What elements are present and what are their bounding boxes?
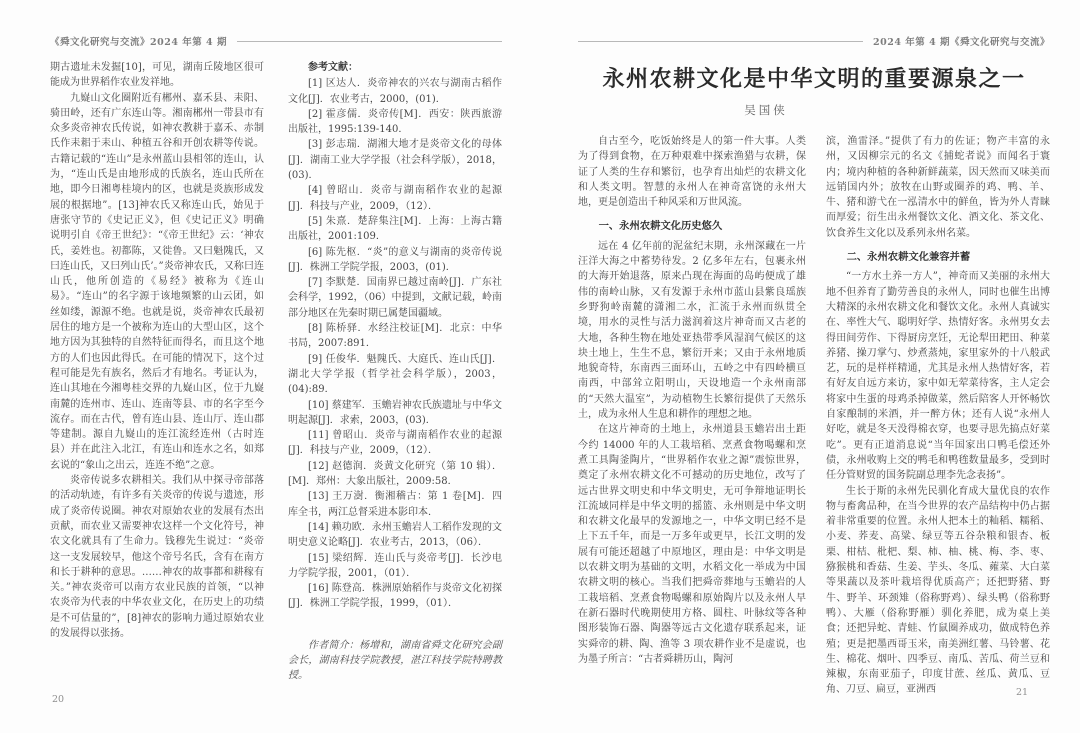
running-head-right-text: 2024 年第 4 期《舜文化研究与交流》 [873,34,1050,48]
reference-item: [6] 陈先枢．“炎”的意义与湖南的炎帝传说[J]．株洲工学院学报，2003，(… [288,245,502,276]
body-paragraph: 九嶷山文化圈附近有郴州、嘉禾县、耒阳、骑田岭，还有广东连山等。湘南郴州一带县市有… [50,91,264,473]
running-head-right-rule [578,41,863,42]
section-heading-1: 一、永州农耕文化历史悠久 [578,219,806,234]
running-head-left-text: 《舜文化研究与交流》2024 年第 4 期 [50,34,227,48]
reference-item: [12] 赵德润．炎黄文化研究（第 10 辑）．[M]．郑州：大象出版社，200… [288,459,502,490]
body-paragraph: 滨，渔雷泽。”提供了有力的佐证；物产丰富的永州，又因柳宗元的名文《捕蛇者说》而闻… [826,134,1050,241]
reference-item: [1] 区达人．炎帝神农的兴农与湖南古稻作文化[J]．农业考古，2000，(01… [288,76,502,107]
reference-item: [8] 陈桥驿．水经注校证[M]．北京：中华书局，2007:891． [288,321,502,352]
body-paragraph: 远在 4 亿年前的泥盆纪末期，永州深藏在一片汪洋大海之中蓄势待发。2 亿多年左右… [578,239,806,423]
running-head-left: 《舜文化研究与交流》2024 年第 4 期 [50,34,502,48]
body-paragraph: 自古至今，吃饭始终是人的第一件大事。人类为了得到食物，在万种艰难中探索渔猎与农耕… [578,134,806,210]
left-page-column-2: 参考文献： [1] 区达人．炎帝神农的兴农与湖南古稻作文化[J]．农业考古，20… [288,60,502,684]
author-bio: 作者简介：杨增和，湖南省舜文化研究会副会长，湖南科技学院教授，湛江科技学院特聘教… [288,638,502,684]
running-head-left-rule [237,41,502,42]
article-title: 永州农耕文化是中华文明的重要源泉之一 [578,62,1050,93]
reference-item: [16] 陈登高．株洲原始稻作与炎帝文化初探[J]．株洲工学院学报，1999，（… [288,581,502,612]
right-page-columns: 自古至今，吃饭始终是人的第一件大事。人类为了得到食物，在万种艰难中探索渔猎与农耕… [578,134,1050,698]
right-page-column-2: 滨，渔雷泽。”提供了有力的佐证；物产丰富的永州，又因柳宗元的名文《捕蛇者说》而闻… [826,134,1050,698]
section-heading-2: 二、永州农耕文化兼容并蓄 [826,250,1050,265]
reference-item: [5] 朱熹．楚辞集注[M]．上海：上海古籍出版社，2001:109． [288,214,502,245]
reference-item: [10] 蔡建军．玉蟾岩神农氏族遗址与中华文明起源[J]．求索，2003，(03… [288,398,502,429]
reference-item: [4] 曾昭山．炎帝与湖南稻作农业的起源[J]．科技与产业，2009，（12）． [288,183,502,214]
left-page-columns: 期古遗址未发掘[10]，可见，湖南丘陵地区很可能成为世界稻作农业发祥地。 九嶷山… [50,60,502,684]
running-head-right: 2024 年第 4 期《舜文化研究与交流》 [578,34,1050,48]
journal-spread: 《舜文化研究与交流》2024 年第 4 期 2024 年第 4 期《舜文化研究与… [0,0,1080,733]
body-paragraph: “一方水土养一方人”，神奇而又美丽的永州大地不但养育了勤劳善良的永州人，同时也催… [826,269,1050,483]
body-paragraph: 期古遗址未发掘[10]，可见，湖南丘陵地区很可能成为世界稻作农业发祥地。 [50,60,264,91]
body-paragraph: 生长于斯的永州先民驯化育成大量优良的农作物与畜禽品种，在当今世界的农产品结构中仍… [826,484,1050,698]
references-heading: 参考文献： [288,60,502,75]
article-author: 吴国侠 [530,102,1002,118]
body-paragraph: 在这片神奇的土地上，永州道县玉蟾岩出土距今约 14000 年的人工栽培稻、烹煮食… [578,422,806,667]
reference-item: [2] 霍彦儒．炎帝传[M]．西安：陕西旅游出版社，1995:139-140． [288,107,502,138]
reference-item: [7] 李默楚．国南界已越过南岭[J]．广东社会科学，1992，（06）中提到，… [288,275,502,321]
page-number-right: 21 [1016,687,1028,698]
reference-item: [15] 梁绍辉．连山氏与炎帝考[J]．长沙电力学院学报，2001，（01）． [288,551,502,582]
right-page-column-1: 自古至今，吃饭始终是人的第一件大事。人类为了得到食物，在万种艰难中探索渔猎与农耕… [578,134,806,698]
reference-item: [9] 任俊华．魁隗氏、大庭氏、连山氏[J]．湖北大学学报（哲学社会科学版），2… [288,352,502,398]
reference-item: [14] 赖功欧．永州玉蟾岩人工稻作发现的文明史意义论略[J]．农业考古，201… [288,520,502,551]
page-number-left: 20 [52,694,64,705]
body-paragraph: 炎帝传说多农耕相关。我们从中探寻帝部落的活动轨迹，有许多有关炎帝的传说与遗迹，形… [50,473,264,641]
reference-item: [11] 曾昭山．炎帝与湖南稻作农业的起源[J]．科技与产业，2009，（12）… [288,428,502,459]
reference-item: [3] 彭志瑞．湖湘大地才是炎帝文化的母体[J]．湖南工业大学学报（社会科学版）… [288,137,502,183]
left-page-column-1: 期古遗址未发掘[10]，可见，湖南丘陵地区很可能成为世界稻作农业发祥地。 九嶷山… [50,60,264,684]
references-list: [1] 区达人．炎帝神农的兴农与湖南古稻作文化[J]．农业考古，2000，(01… [288,76,502,611]
reference-item: [13] 王万澍．衡湘稽古：第 1 卷[M]．四库全书，两江总督采进本影印本． [288,489,502,520]
